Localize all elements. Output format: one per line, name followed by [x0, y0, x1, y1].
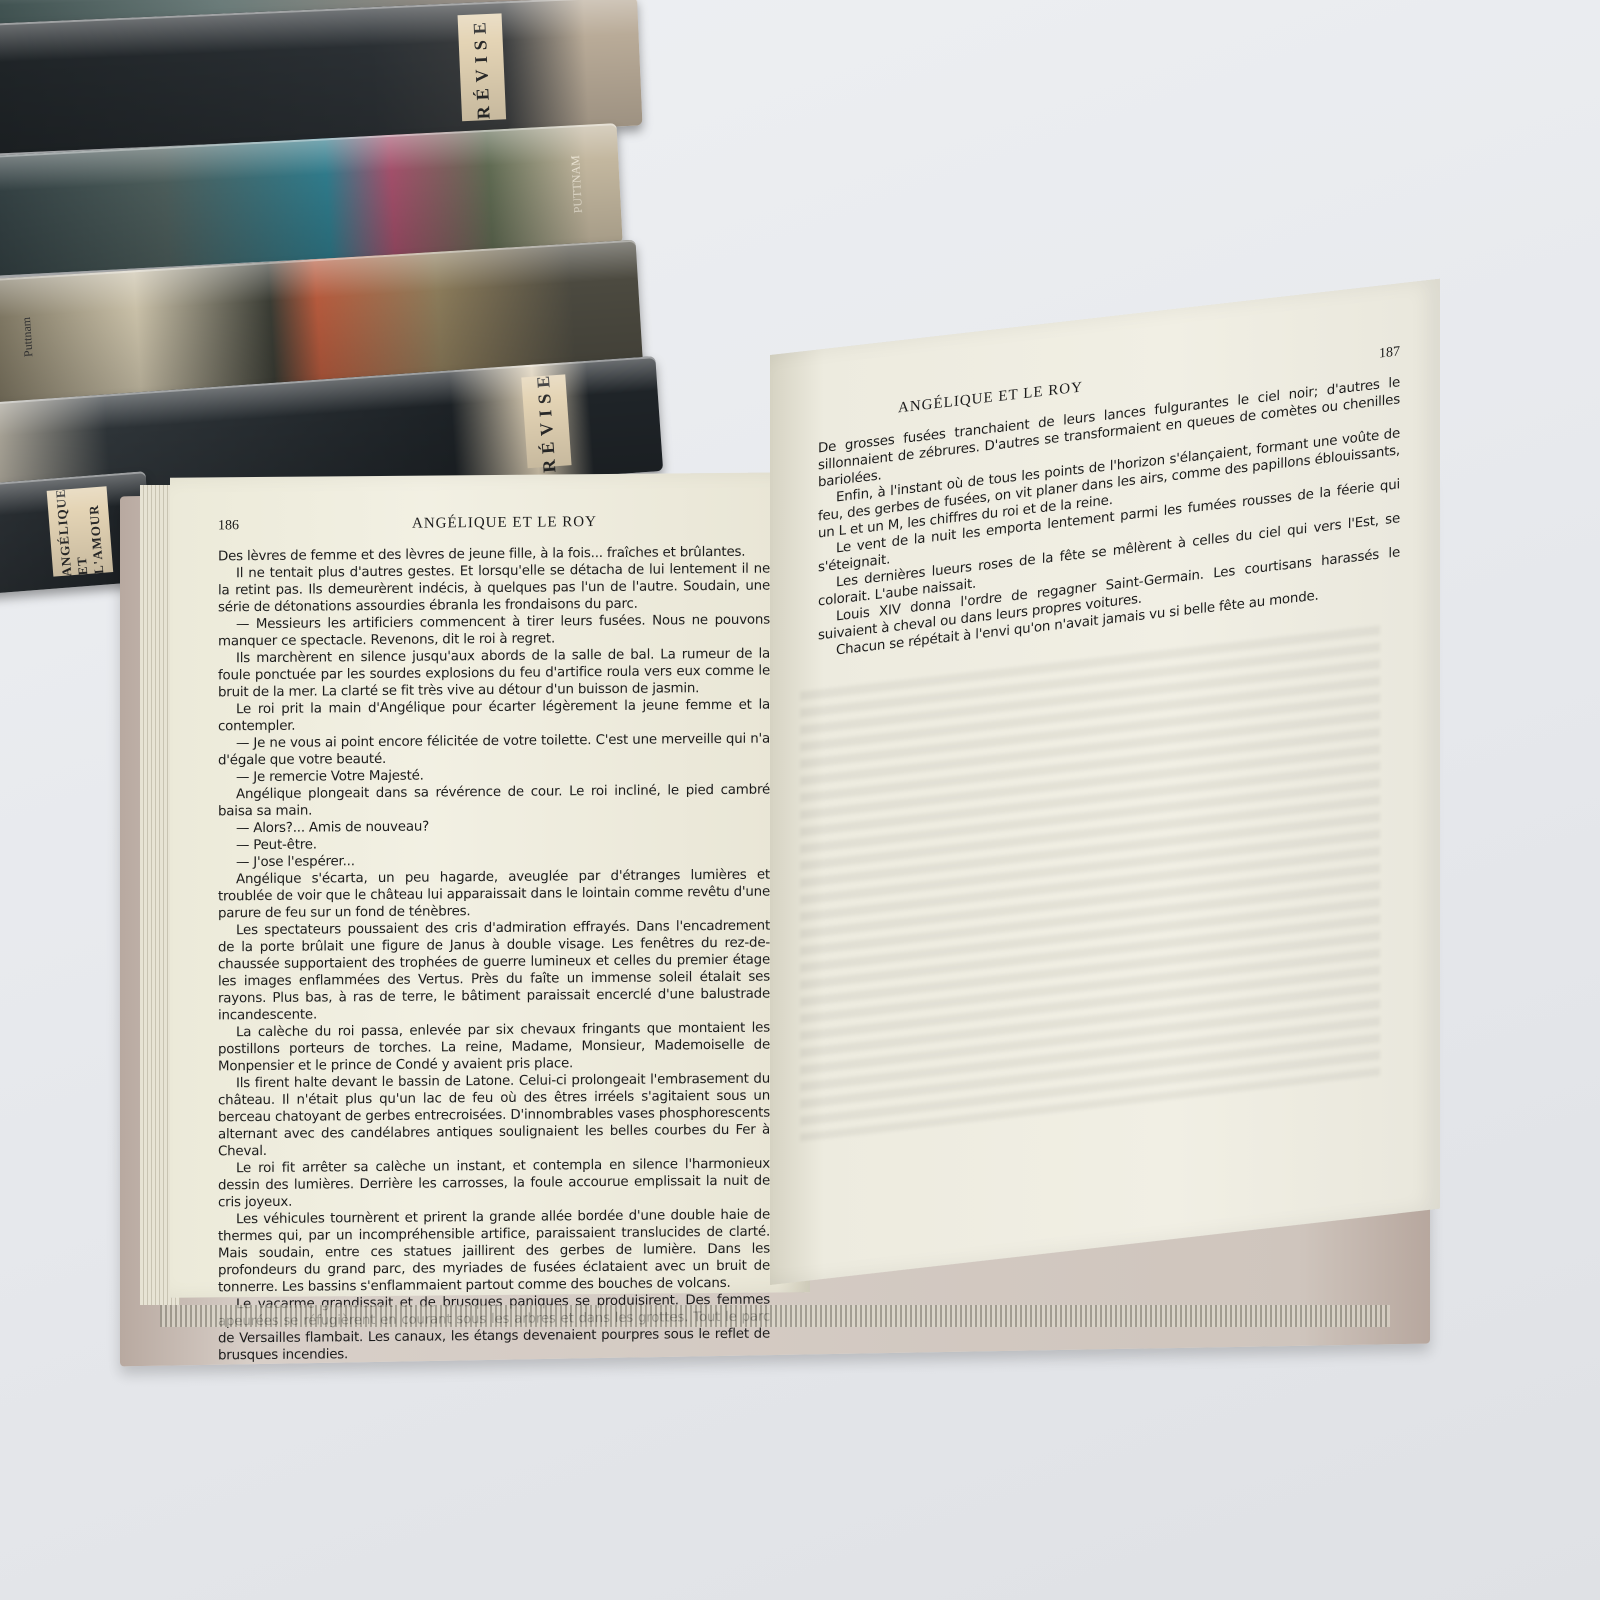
paragraph: Le vacarme grandissait et de brusques pa…: [218, 1292, 770, 1365]
paragraph: Le roi prit la main d'Angélique pour éca…: [218, 697, 770, 736]
open-book: 186 ANGÉLIQUE ET LE ROY Des lèvres de fe…: [120, 345, 1440, 1355]
paragraph: Angélique s'écarta, un peu hagarde, aveu…: [218, 867, 770, 923]
paragraph: Le roi fit arrêter sa calèche un instant…: [218, 1156, 770, 1212]
show-through-text: [800, 625, 1380, 1141]
paragraph: Il ne tentait plus d'autres gestes. Et l…: [218, 561, 770, 617]
left-page: 186 ANGÉLIQUE ET LE ROY Des lèvres de fe…: [170, 472, 810, 1298]
running-head: 186 ANGÉLIQUE ET LE ROY: [218, 513, 770, 535]
right-page: ANGÉLIQUE ET LE ROY 187 De grosses fusée…: [770, 279, 1440, 1285]
paragraph: Les spectateurs poussaient des cris d'ad…: [218, 918, 770, 1025]
paragraph: La calèche du roi passa, enlevée par six…: [218, 1020, 770, 1076]
paragraph: Ils marchèrent en silence jusqu'aux abor…: [218, 646, 770, 702]
page-number: 187: [1379, 344, 1400, 362]
book-headband: [160, 1305, 1390, 1327]
paragraph: — Je ne vous ai point encore félicitée d…: [218, 731, 770, 770]
page-number: 186: [218, 518, 239, 534]
paragraph: Angélique plongeait dans sa révérence de…: [218, 782, 770, 821]
running-head-title: ANGÉLIQUE ET LE ROY: [239, 513, 770, 535]
paragraph: — Messieurs les artificiers commencent à…: [218, 612, 770, 651]
paragraph: Les véhicules tournèrent et prirent la g…: [218, 1207, 770, 1297]
paragraph: Ils firent halte devant le bassin de Lat…: [218, 1071, 770, 1161]
